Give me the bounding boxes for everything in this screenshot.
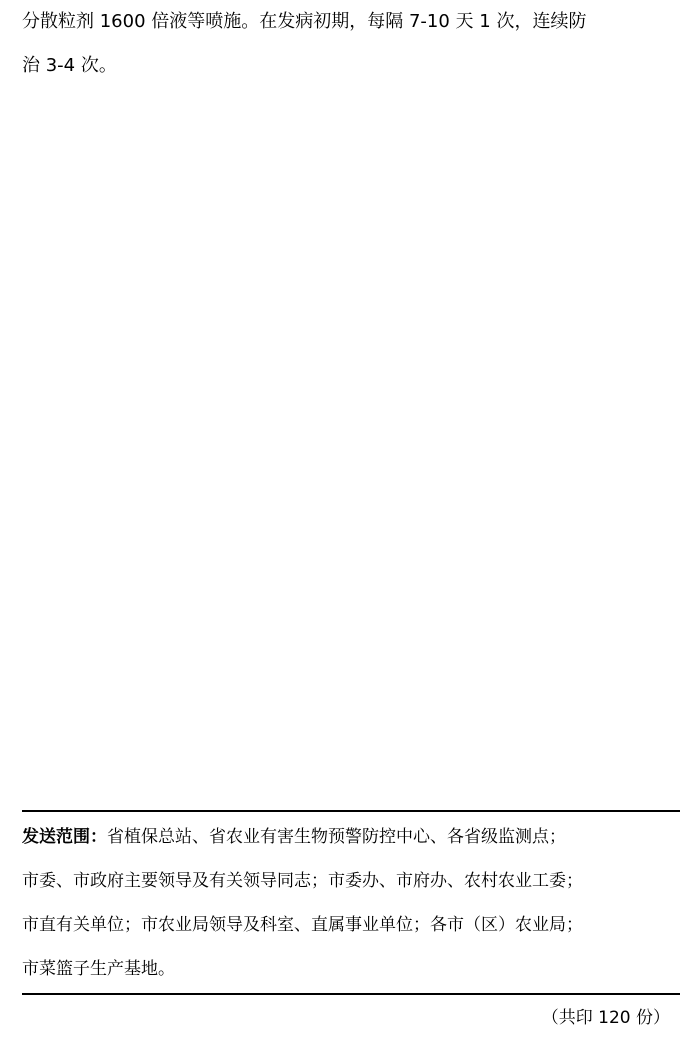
divider-top xyxy=(22,810,680,812)
distribution-recipients: 省植保总站、省农业有害生物预警防控中心、各省级监测点； xyxy=(107,827,566,847)
divider-bottom xyxy=(22,993,680,995)
paragraph-line: 分散粒剂 1600 倍液等喷施。在发病初期，每隔 7-10 天 1 次，连续防 xyxy=(22,0,682,44)
distribution-line: 市菜篮子生产基地。 xyxy=(22,947,682,991)
distribution-line: 发送范围：省植保总站、省农业有害生物预警防控中心、各省级监测点； xyxy=(22,815,682,859)
distribution-scope: 发送范围：省植保总站、省农业有害生物预警防控中心、各省级监测点； 市委、市政府主… xyxy=(22,815,682,991)
distribution-label: 发送范围： xyxy=(22,827,107,847)
distribution-line: 市直有关单位；市农业局领导及科室、直属事业单位；各市（区）农业局； xyxy=(22,903,682,947)
copies-count: （共印 120 份） xyxy=(542,1000,670,1036)
distribution-line: 市委、市政府主要领导及有关领导同志；市委办、市府办、农村农业工委； xyxy=(22,859,682,903)
body-paragraph: 分散粒剂 1600 倍液等喷施。在发病初期，每隔 7-10 天 1 次，连续防 … xyxy=(22,0,682,88)
paragraph-line: 治 3-4 次。 xyxy=(22,44,682,88)
